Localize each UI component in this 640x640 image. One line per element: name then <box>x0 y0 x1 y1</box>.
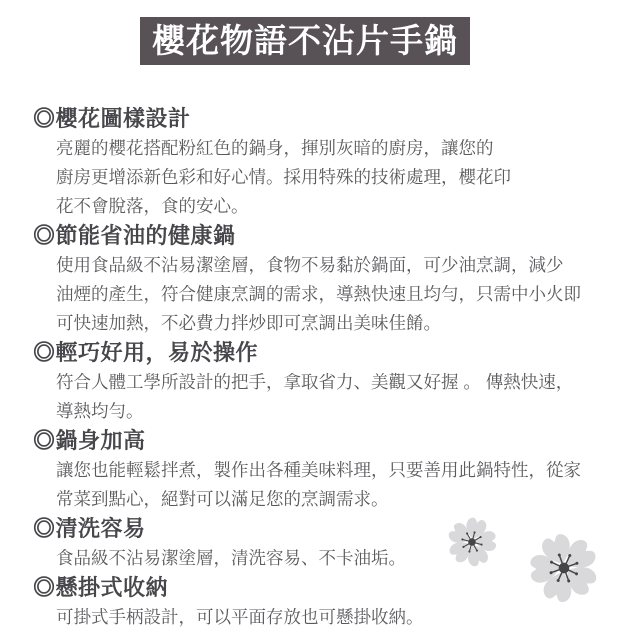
section-title: ◎鍋身加高 <box>33 426 618 456</box>
sakura-decoration <box>420 495 640 640</box>
feature-section-sakura-pattern: ◎櫻花圖樣設計 亮麗的櫻花搭配粉紅色的鍋身，揮別灰暗的廚房，讓您的 廚房更增添新… <box>33 104 618 221</box>
page-title-banner: 櫻花物語不沾片手鍋 <box>140 17 470 65</box>
feature-section-energy-saving: ◎節能省油的健康鍋 使用食品級不沾易潔塗層，食物不易黏於鍋面，可少油烹調，減少 … <box>33 221 618 338</box>
section-title: ◎櫻花圖樣設計 <box>33 104 618 134</box>
section-text-line: 廚房更增添新色彩和好心情。採用特殊的技術處理，櫻花印 <box>33 163 618 192</box>
section-text-line: 花不會脫落，食的安心。 <box>33 192 618 221</box>
section-text-line: 亮麗的櫻花搭配粉紅色的鍋身，揮別灰暗的廚房，讓您的 <box>33 134 618 163</box>
section-text-line: 可快速加熱，不必費力拌炒即可烹調出美味佳餚。 <box>33 309 618 338</box>
feature-section-easy-handling: ◎輕巧好用，易於操作 符合人體工學所設計的把手，拿取省力、美觀又好握 。 傳熱快… <box>33 338 618 426</box>
section-text-line: 使用食品級不沾易潔塗層，食物不易黏於鍋面，可少油烹調，減少 <box>33 251 618 280</box>
section-title: ◎輕巧好用，易於操作 <box>33 338 618 368</box>
section-title: ◎節能省油的健康鍋 <box>33 221 618 251</box>
section-text-line: 導熱均勻。 <box>33 397 618 426</box>
sakura-blossom-large-icon <box>519 524 610 613</box>
sakura-blossom-small-icon <box>441 512 504 573</box>
section-text-line: 油煙的產生，符合健康烹調的需求，導熱快速且均勻，只需中小火即 <box>33 280 618 309</box>
section-text-line: 符合人體工學所設計的把手，拿取省力、美觀又好握 。 傳熱快速， <box>33 368 618 397</box>
section-text-line: 讓您也能輕鬆拌煮，製作出各種美味料理，只要善用此鍋特性，從家 <box>33 456 618 485</box>
